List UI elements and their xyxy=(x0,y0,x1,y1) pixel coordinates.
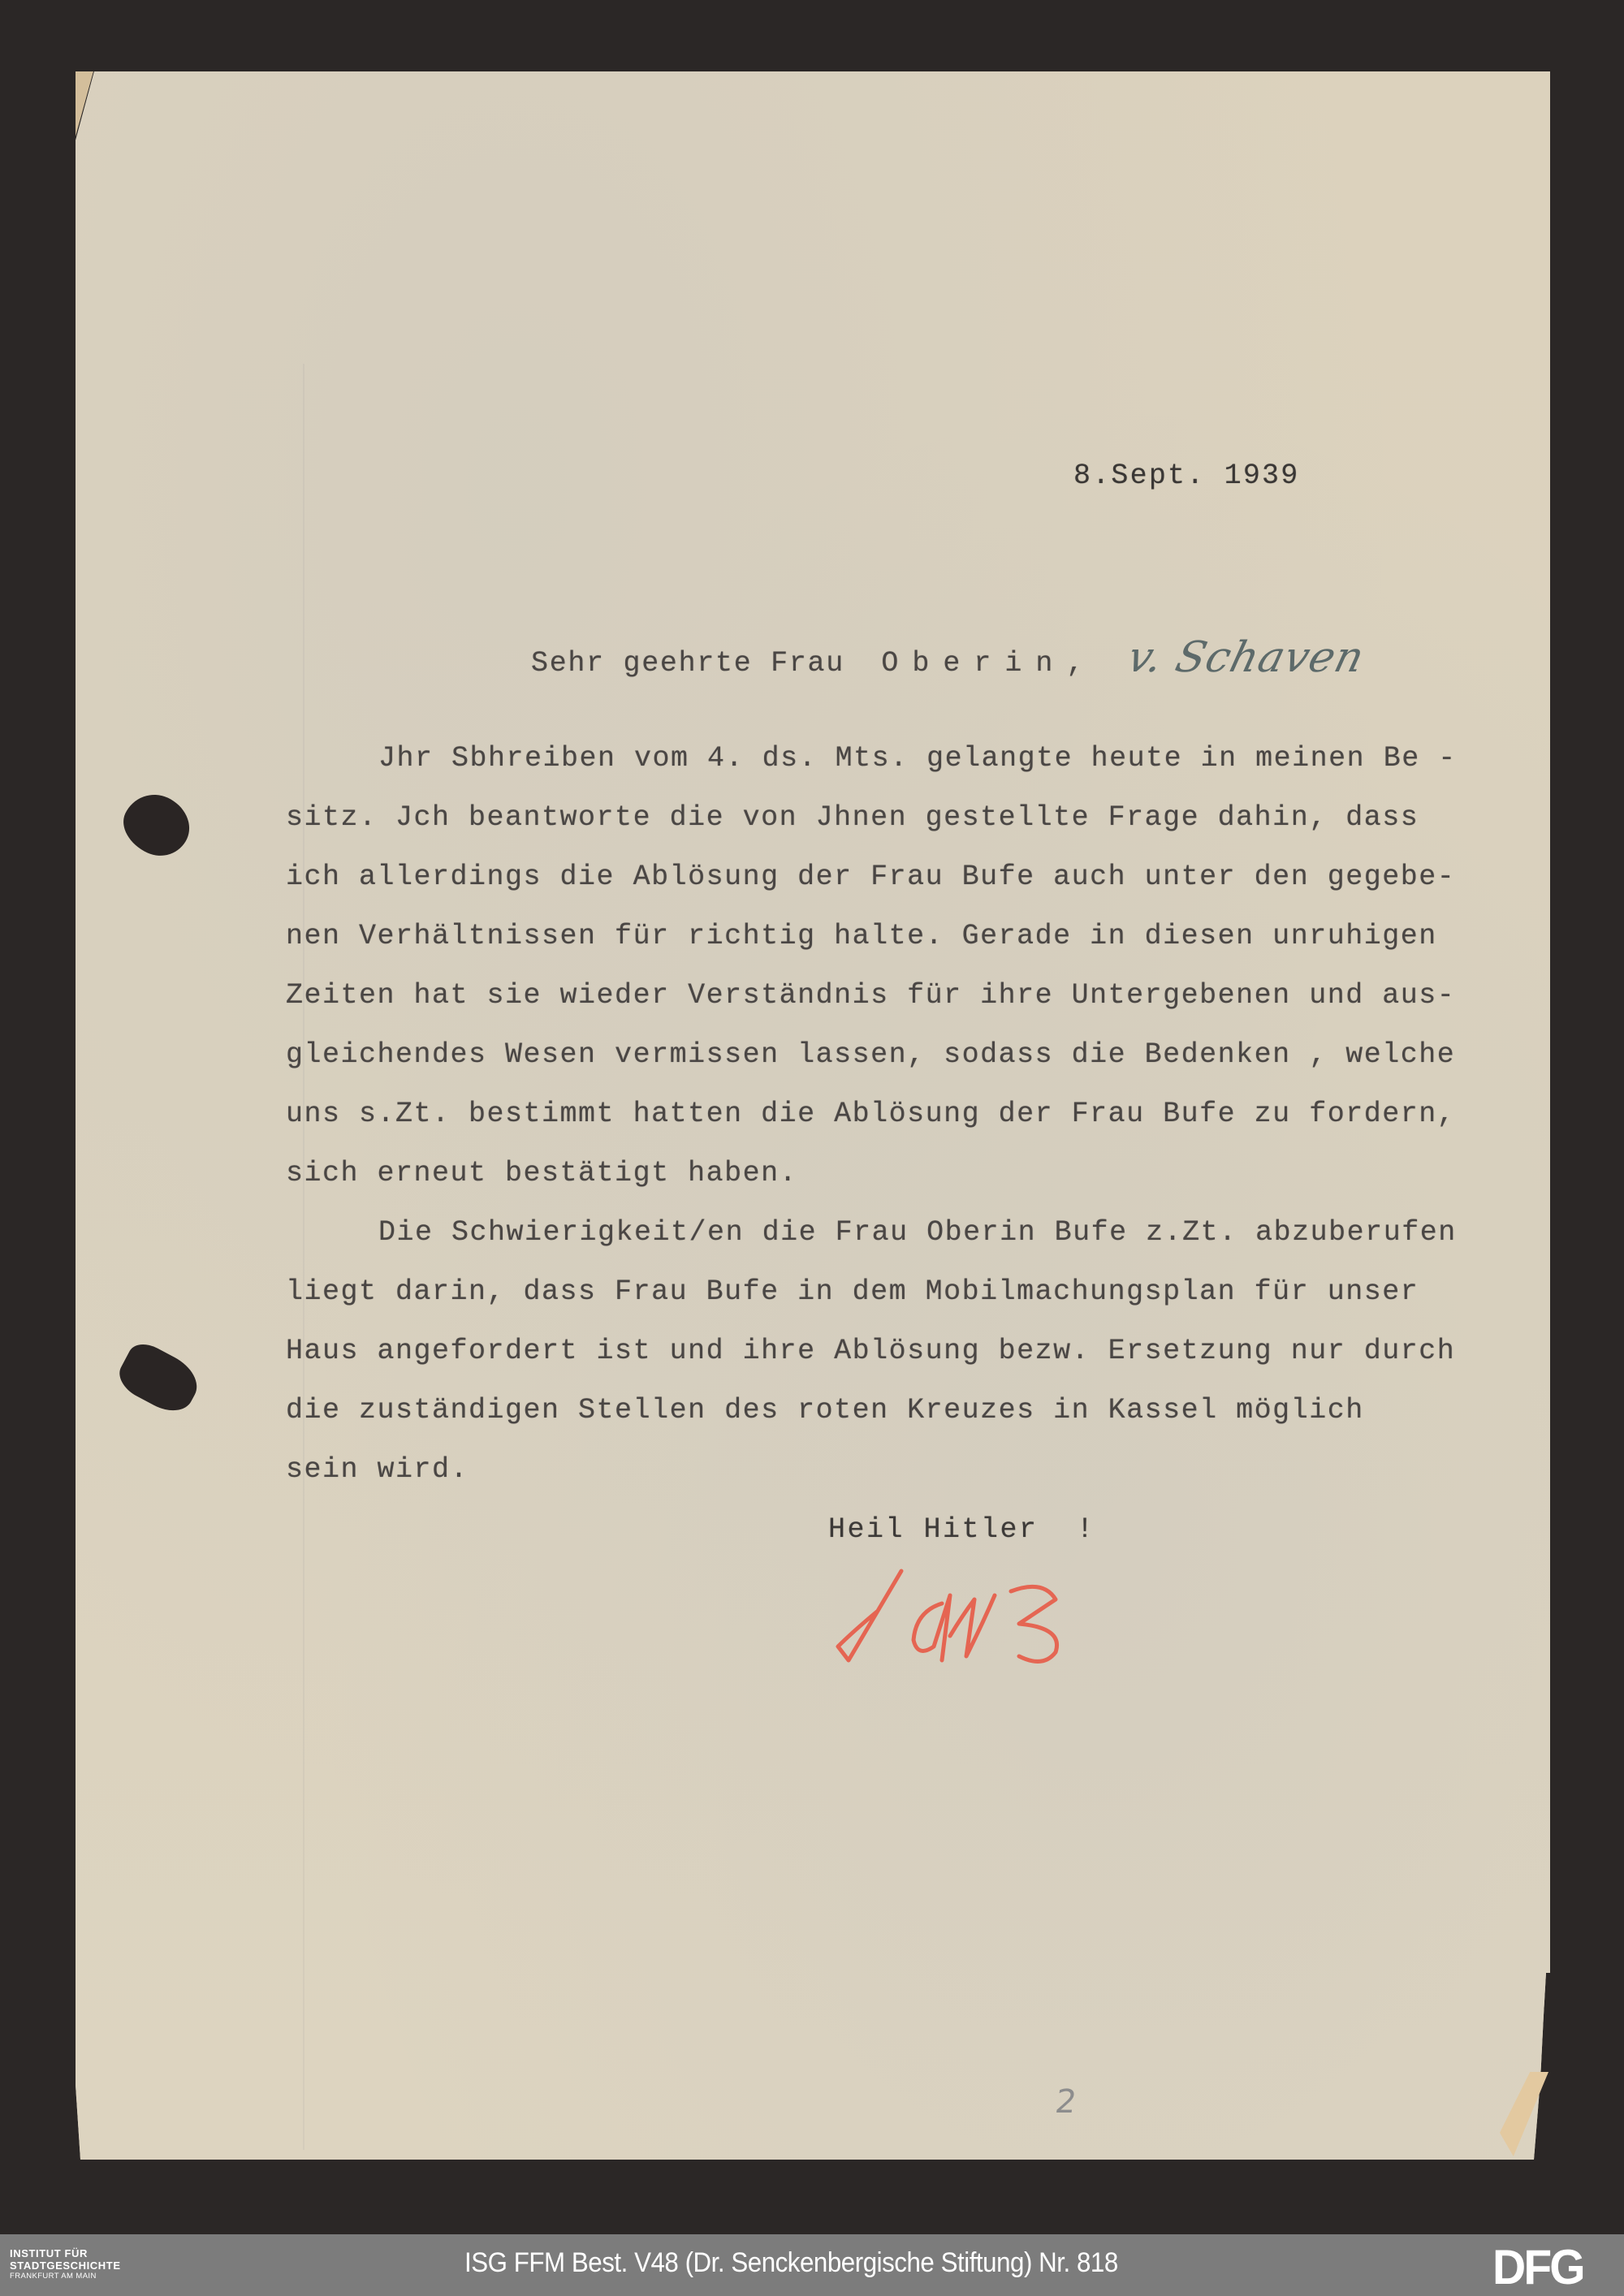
letter-date: 8.Sept. 1939 xyxy=(1073,460,1299,492)
body-line: sich erneut bestätigt haben. xyxy=(286,1157,797,1189)
body-line: die zuständigen Stellen des roten Kreuze… xyxy=(286,1394,1364,1426)
body-line: Haus angefordert ist und ihre Ablösung b… xyxy=(286,1335,1455,1367)
body-line: sitz. Jch beantworte die von Jhnen geste… xyxy=(286,801,1419,834)
body-line: Jhr Sbhreiben vom 4. ds. Mts. gelangte h… xyxy=(378,742,1457,775)
body-line: Die Schwierigkeit/en die Frau Oberin Buf… xyxy=(378,1216,1457,1249)
dfg-logo: DFG xyxy=(1492,2246,1583,2290)
body-line: liegt darin, dass Frau Bufe in dem Mobil… xyxy=(286,1275,1419,1308)
body-line: gleichendes Wesen vermissen lassen, soda… xyxy=(286,1038,1455,1071)
institute-logo-line: INSTITUT FÜR xyxy=(10,2248,121,2259)
paper-crease xyxy=(303,364,304,2150)
body-line: nen Verhältnissen für richtig halte. Ger… xyxy=(286,920,1437,952)
institute-logo-line: STADTGESCHICHTE xyxy=(10,2260,121,2271)
archive-signature-caption: ISG FFM Best. V48 (Dr. Senckenbergische … xyxy=(464,2247,1118,2279)
salutation-prefix: Sehr geehrte Frau xyxy=(531,647,844,680)
body-line: sein wird. xyxy=(286,1453,469,1486)
institute-logo: INSTITUT FÜR STADTGESCHICHTE FRANKFURT A… xyxy=(10,2248,121,2281)
handwritten-recipient-name: v. Schaven xyxy=(1123,633,1370,682)
archive-footer: INSTITUT FÜR STADTGESCHICHTE FRANKFURT A… xyxy=(0,2234,1624,2296)
letter-closing: Heil Hitler ! xyxy=(828,1513,1095,1546)
body-line: ich allerdings die Ablösung der Frau Buf… xyxy=(286,861,1455,893)
red-pencil-signature xyxy=(820,1567,1088,1681)
folded-corner-top-left xyxy=(76,71,93,136)
salutation-title: Oberin, xyxy=(881,647,1097,680)
body-line: Zeiten hat sie wieder Verständnis für ih… xyxy=(286,979,1455,1012)
salutation: Sehr geehrte Frau Oberin, xyxy=(531,647,1097,680)
institute-logo-line: FRANKFURT AM MAIN xyxy=(10,2272,121,2281)
body-line: uns s.Zt. bestimmt hatten die Ablösung d… xyxy=(286,1098,1455,1130)
